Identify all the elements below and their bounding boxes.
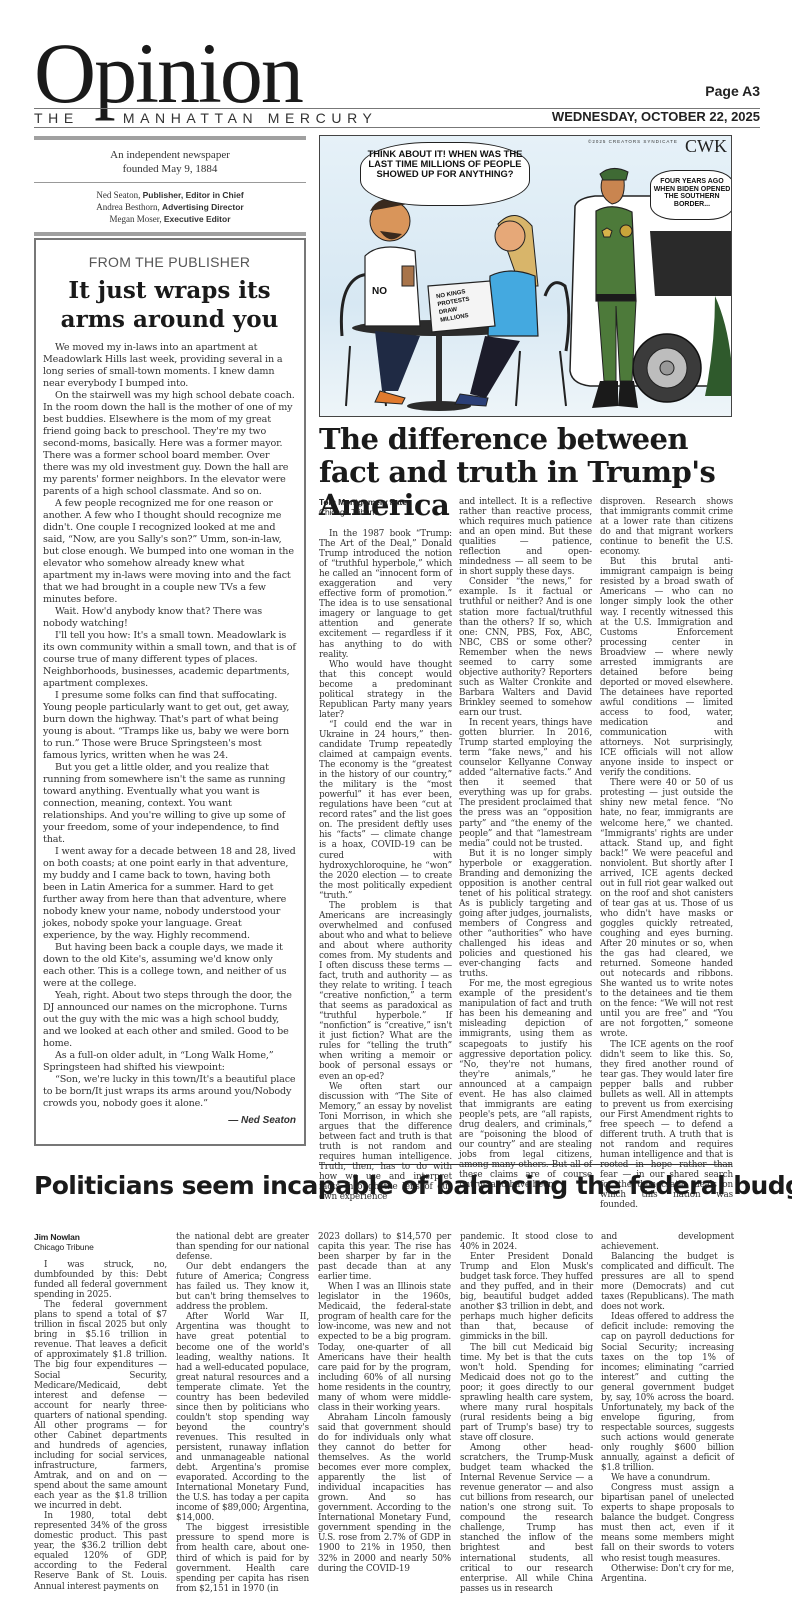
paragraph: After World War II, Argentina was though…	[176, 1312, 309, 1523]
paragraph: the national debt are greater than spend…	[176, 1232, 309, 1262]
article-column: 2023 dollars) to $14,570 per capita this…	[318, 1232, 451, 1574]
paragraph: The federal government plans to spend a …	[34, 1300, 167, 1511]
paragraph: and intellect. It is a reflective rather…	[459, 497, 592, 577]
author-outlet: Chicago Tribune	[34, 1242, 94, 1252]
paragraph: In recent years, things have gotten blur…	[459, 718, 592, 849]
founding-date: founded May 9, 1884	[34, 162, 306, 176]
article-column: Jim Nowlan Chicago Tribune I was struck,…	[34, 1232, 167, 1592]
speech-bubble-left: THINK ABOUT IT! WHEN WAS THE LAST TIME M…	[360, 142, 530, 206]
paragraph: Balancing the budget is complicated and …	[601, 1252, 734, 1312]
paragraph: Otherwise: Don't cry for me, Argentina.	[601, 1564, 734, 1584]
paragraph: disproven. Research shows that immigrant…	[600, 497, 733, 557]
paragraph: Yeah, right. About two steps through the…	[43, 990, 296, 1050]
article-byline: Tom Montgomery Fate Chicago Tribune	[319, 497, 452, 517]
article-column: and development achievement. Balancing t…	[601, 1232, 734, 1584]
issue-date: WEDNESDAY, OCTOBER 22, 2025	[552, 109, 760, 124]
paragraph: I presume some folks can find that suffo…	[43, 690, 296, 762]
paragraph: But you get a little older, and you real…	[43, 762, 296, 846]
newspaper-name-main: MANHATTAN MERCURY	[123, 110, 378, 126]
column-kicker: FROM THE PUBLISHER	[43, 254, 296, 270]
article-byline: Jim Nowlan Chicago Tribune	[34, 1232, 167, 1252]
paragraph: Wait. How'd anybody know that? There was…	[43, 606, 296, 630]
paragraph: The bill cut Medicaid big time. My bet i…	[460, 1343, 593, 1443]
paragraph: “I could end the war in Ukraine in 24 ho…	[319, 720, 452, 901]
masthead: Opinion THEMANHATTAN MERCURY Page A3 WED…	[34, 30, 760, 130]
paragraph: 2023 dollars) to $14,570 per capita this…	[318, 1232, 451, 1282]
paragraph: Congress must assign a bipartisan panel …	[601, 1483, 734, 1563]
author-name: Tom Montgomery Fate	[319, 497, 407, 507]
paragraph: The biggest irresistible pressure to spe…	[176, 1523, 309, 1593]
paragraph: Among other head-scratchers, the Trump-M…	[460, 1443, 593, 1594]
column-signature: — Ned Seaton	[228, 1115, 296, 1126]
page-number: Page A3	[705, 83, 760, 99]
paragraph: Consider “the news,” for example. Is it …	[459, 577, 592, 718]
staff-entry: Andrea Besthorn, Advertising Director	[34, 201, 306, 213]
paragraph: There were 40 or 50 of us protesting — j…	[600, 778, 733, 1039]
paragraph: Abraham Lincoln famously said that gover…	[318, 1413, 451, 1574]
paragraph: We have a conundrum.	[601, 1473, 734, 1483]
author-name: Jim Nowlan	[34, 1232, 80, 1242]
staff-name: Megan Moser,	[110, 214, 162, 224]
staff-name: Ned Seaton,	[96, 190, 140, 200]
staff-entry: Ned Seaton, Publisher, Editor in Chief	[34, 189, 306, 201]
article-column: pandemic. It stood close to 40% in 2024.…	[460, 1232, 593, 1594]
paragraph: For me, the most egregious example of th…	[459, 979, 592, 1190]
divider	[34, 232, 306, 236]
paragraph: In 1980, total debt represented 34% of t…	[34, 1511, 167, 1591]
paragraph: A few people recognized me for one reaso…	[43, 498, 296, 606]
paragraph: Our debt endangers the future of America…	[176, 1262, 309, 1312]
paper-tagline: An independent newspaper founded May 9, …	[34, 140, 306, 182]
editorial-cartoon: ©2025 CREATORS SYNDICATE CWK NO	[319, 135, 732, 417]
article-column: Tom Montgomery Fate Chicago Tribune In t…	[319, 497, 452, 1202]
article-column: the national debt are greater than spend…	[176, 1232, 309, 1594]
paragraph: As a full-on older adult, in “Long Walk …	[43, 1050, 296, 1074]
staff-entry: Megan Moser, Executive Editor	[34, 213, 306, 225]
newspaper-name-the: THE	[34, 110, 79, 126]
paragraph: But this brutal anti-immigrant campaign …	[600, 557, 733, 778]
paragraph: “Son, we're lucky in this town/It's a be…	[43, 1074, 296, 1110]
shirt-text: NO	[372, 286, 387, 297]
section-title: Opinion	[34, 30, 302, 116]
paragraph: We moved my in-laws into an apartment at…	[43, 342, 296, 390]
paragraph: Enter President Donald Trump and Elon Mu…	[460, 1252, 593, 1342]
section-divider	[319, 1164, 732, 1165]
paragraph: On the stairwell was my high school deba…	[43, 390, 296, 498]
staff-title: Executive Editor	[164, 214, 231, 224]
staff-title: Advertising Director	[162, 202, 244, 212]
paragraph: Who would have thought that this concept…	[319, 660, 452, 720]
paragraph: I'll tell you how: It's a small town. Me…	[43, 630, 296, 690]
author-outlet: Chicago Tribune	[319, 507, 379, 517]
paragraph: I was struck, no, dumbfounded by this: D…	[34, 1260, 167, 1300]
paragraph: When I was an Illinois state legislator …	[318, 1282, 451, 1413]
article-headline: Politicians seem incapable of balancing …	[34, 1170, 754, 1202]
paragraph: But having been back a couple days, we m…	[43, 942, 296, 990]
paragraph: and development achievement.	[601, 1232, 734, 1252]
staff-list: Ned Seaton, Publisher, Editor in Chief A…	[34, 183, 306, 232]
paragraph: I went away for a decade between 18 and …	[43, 846, 296, 942]
staff-name: Andrea Besthorn,	[96, 202, 159, 212]
paragraph: The problem is that Americans are increa…	[319, 901, 452, 1082]
paragraph: In the 1987 book “Trump: The Art of the …	[319, 529, 452, 660]
staff-title: Publisher, Editor in Chief	[143, 190, 244, 200]
publisher-column: FROM THE PUBLISHER It just wraps its arm…	[34, 238, 306, 1146]
article-column: and intellect. It is a reflective rather…	[459, 497, 592, 1190]
staff-box: An independent newspaper founded May 9, …	[34, 136, 306, 236]
paragraph: Ideas offered to address the deficit inc…	[601, 1312, 734, 1473]
speech-bubble-right: FOUR YEARS AGO WHEN BIDEN OPENED THE SOU…	[650, 170, 732, 220]
masthead-rule	[34, 127, 760, 128]
article-column: disproven. Research shows that immigrant…	[600, 497, 733, 1210]
newspaper-name: THEMANHATTAN MERCURY	[34, 110, 377, 126]
column-headline: It just wraps its arms around you	[43, 276, 296, 334]
tagline-line: An independent newspaper	[34, 148, 306, 162]
paragraph: pandemic. It stood close to 40% in 2024.	[460, 1232, 593, 1252]
column-body: We moved my in-laws into an apartment at…	[43, 342, 296, 1110]
paragraph: But it is no longer simply hyperbole or …	[459, 849, 592, 980]
